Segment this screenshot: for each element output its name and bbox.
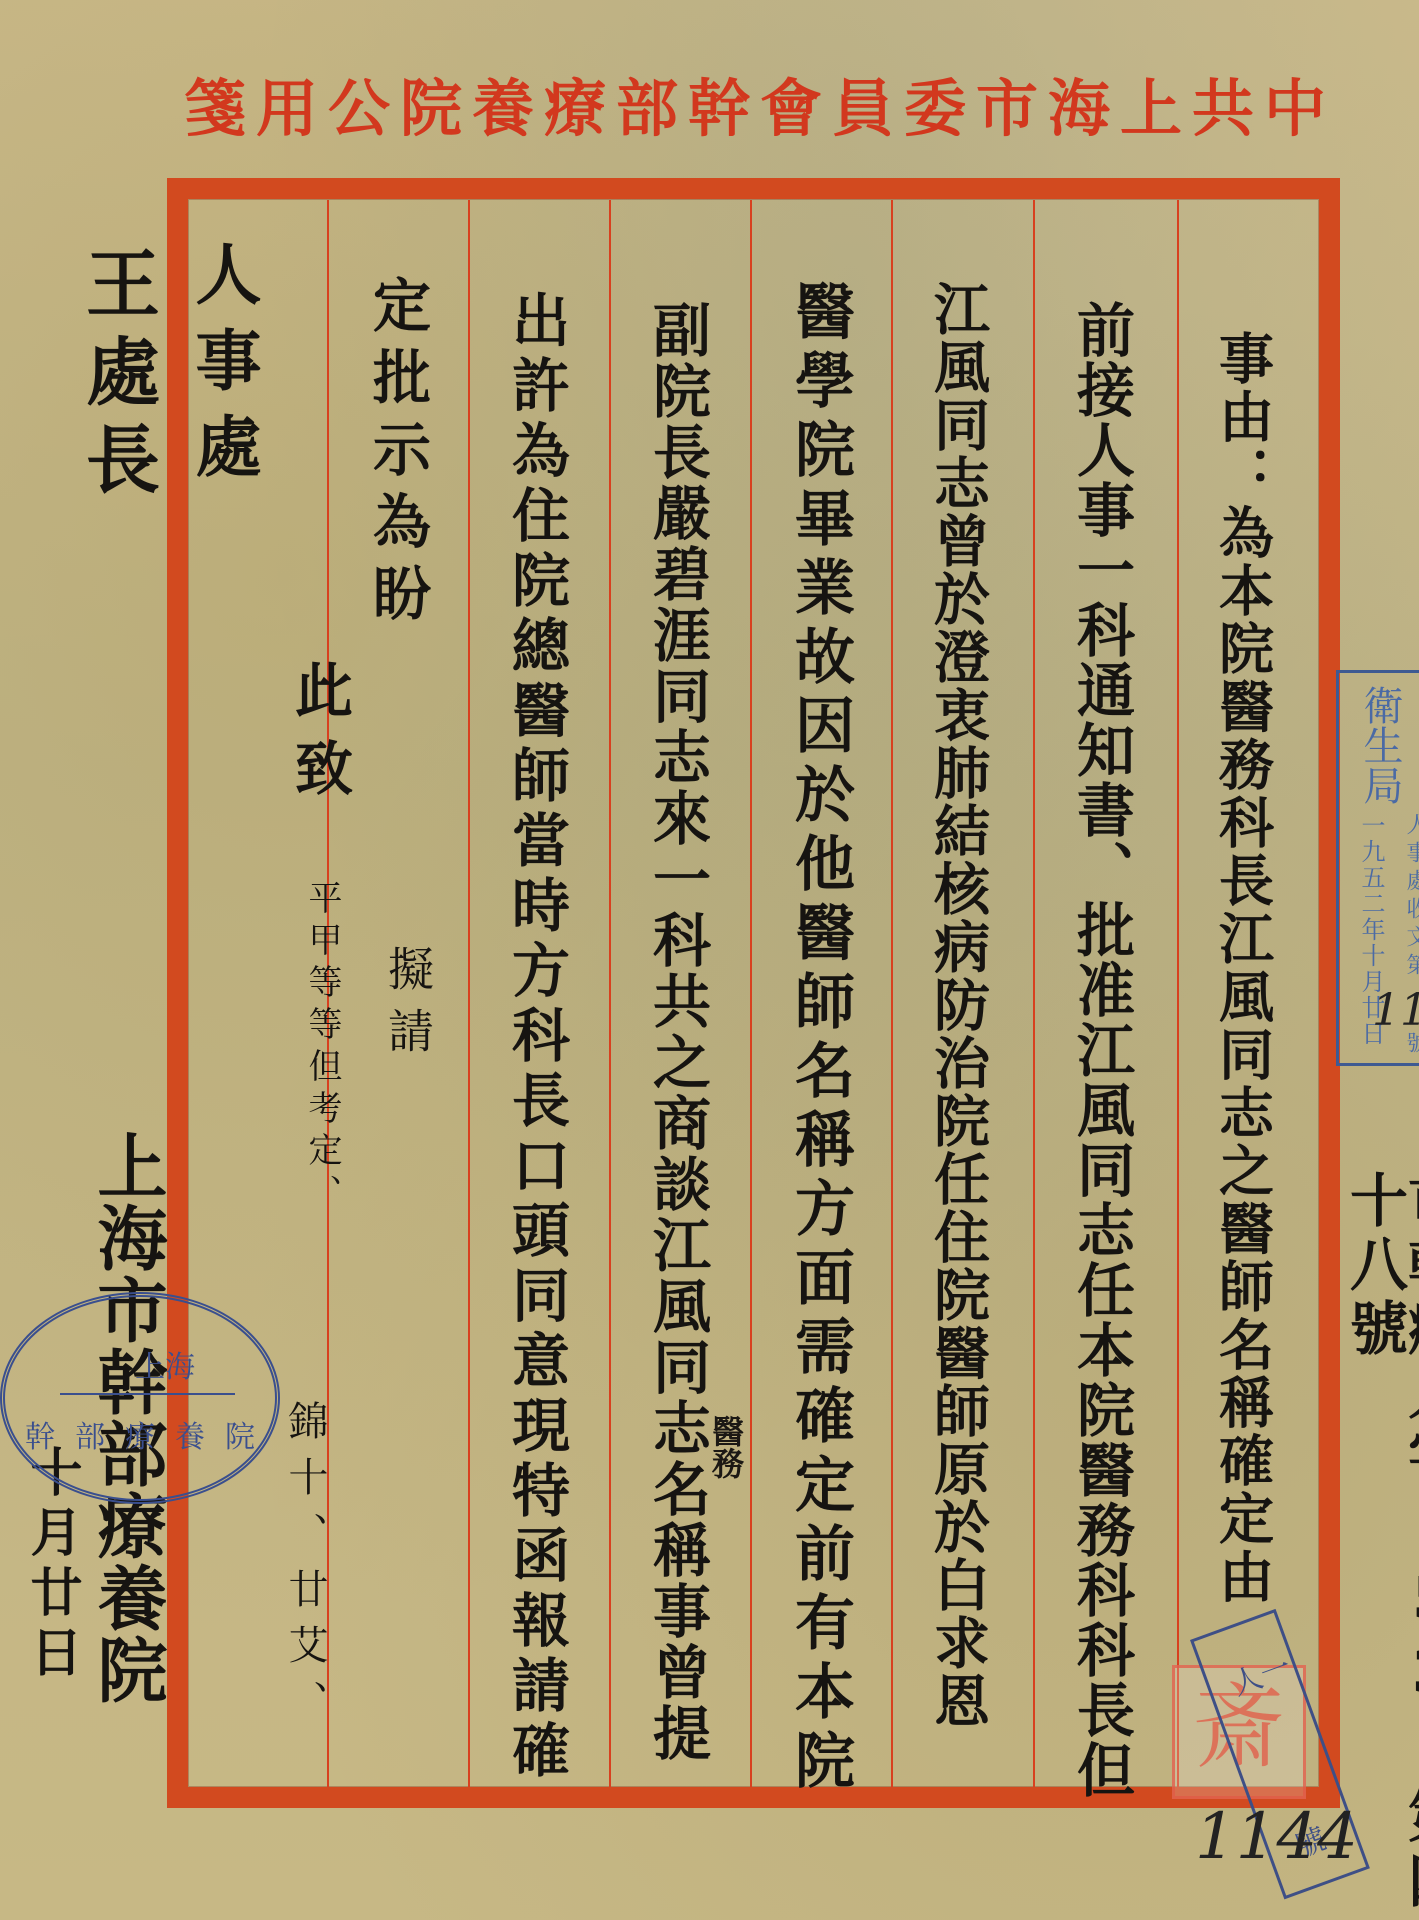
routing-handwritten-number: 1144: [1195, 1800, 1358, 1874]
inserted-correction: 醫務: [710, 1415, 742, 1479]
letterhead-char: 公: [324, 59, 394, 148]
letterhead-char: 中: [1260, 59, 1330, 148]
letterhead-char: 部: [612, 59, 682, 148]
subject-line: 事由：為本院醫務科長江風同志之醫師名稱確定由: [1215, 330, 1270, 1606]
letterhead-char: 幹: [684, 59, 754, 148]
body-column-4: 副院長嚴碧涯同志來一科共之商談江風同志名稱事曾提: [648, 300, 706, 1764]
column-rule: [609, 200, 611, 1787]
annotation-comment: 平甲等等但考定、: [305, 880, 339, 1216]
round-seal-stamp: 上海 幹部療養院: [0, 1292, 280, 1504]
annotation-signature: 錦十、廿艾、: [285, 1400, 325, 1736]
closing-salutation: 此致: [290, 660, 348, 816]
seal-divider: [60, 1393, 235, 1395]
body-column-1: 前接人事一科通知書、批准江風同志任本院醫務科科長但: [1072, 300, 1130, 1800]
addressee-person: 王處長: [80, 245, 154, 509]
letterhead-char: 會: [756, 59, 826, 148]
body-column-2: 江風同志曾於澄衷肺結核病防治院任住院醫師原於白求恩: [930, 280, 986, 1730]
column-rule: [891, 200, 893, 1787]
letterhead-char: 養: [468, 59, 538, 148]
column-rule: [468, 200, 470, 1787]
addressee-department: 人事處: [190, 240, 256, 498]
letterhead-char: 市: [972, 59, 1042, 148]
received-handwritten-number: 1144: [1372, 985, 1419, 1036]
letterhead-char: 海: [1044, 59, 1114, 148]
seal-bottom-text: 幹部療養院: [25, 1412, 275, 1456]
letterhead-char: 共: [1188, 59, 1258, 148]
letterhead-char: 上: [1116, 59, 1186, 148]
letterhead-char: 院: [396, 59, 466, 148]
letterhead-char: 委: [900, 59, 970, 148]
body-column-3: 醫學院畢業故因於他醫師名稱方面需確定前有本院: [790, 280, 850, 1798]
column-rule: [750, 200, 752, 1787]
letterhead-char: 用: [252, 59, 322, 148]
red-border-frame: [167, 178, 1340, 1808]
column-rule: [1177, 200, 1179, 1787]
letterhead-char: 箋: [180, 59, 250, 148]
letterhead-char: 療: [540, 59, 610, 148]
body-column-5: 出許為住院總醫師當時方科長口頭同意現特函報請確: [507, 290, 565, 1785]
seal-top-text: 上海: [135, 1342, 195, 1386]
annotation-proposal: 擬請: [385, 945, 431, 1069]
body-column-6: 定批示為盼: [368, 275, 426, 635]
received-stamp-org: 衛生局: [1352, 685, 1409, 805]
column-rule: [1033, 200, 1035, 1787]
letterhead-char: 員: [828, 59, 898, 148]
letterhead-title: 中 共 上 海 市 委 員 會 幹 部 療 養 院 公 用 箋: [180, 58, 1330, 148]
received-stamp-dept: 人事處收文第: [1400, 813, 1419, 981]
routing-stamp-top: 人一: [1225, 1642, 1296, 1704]
